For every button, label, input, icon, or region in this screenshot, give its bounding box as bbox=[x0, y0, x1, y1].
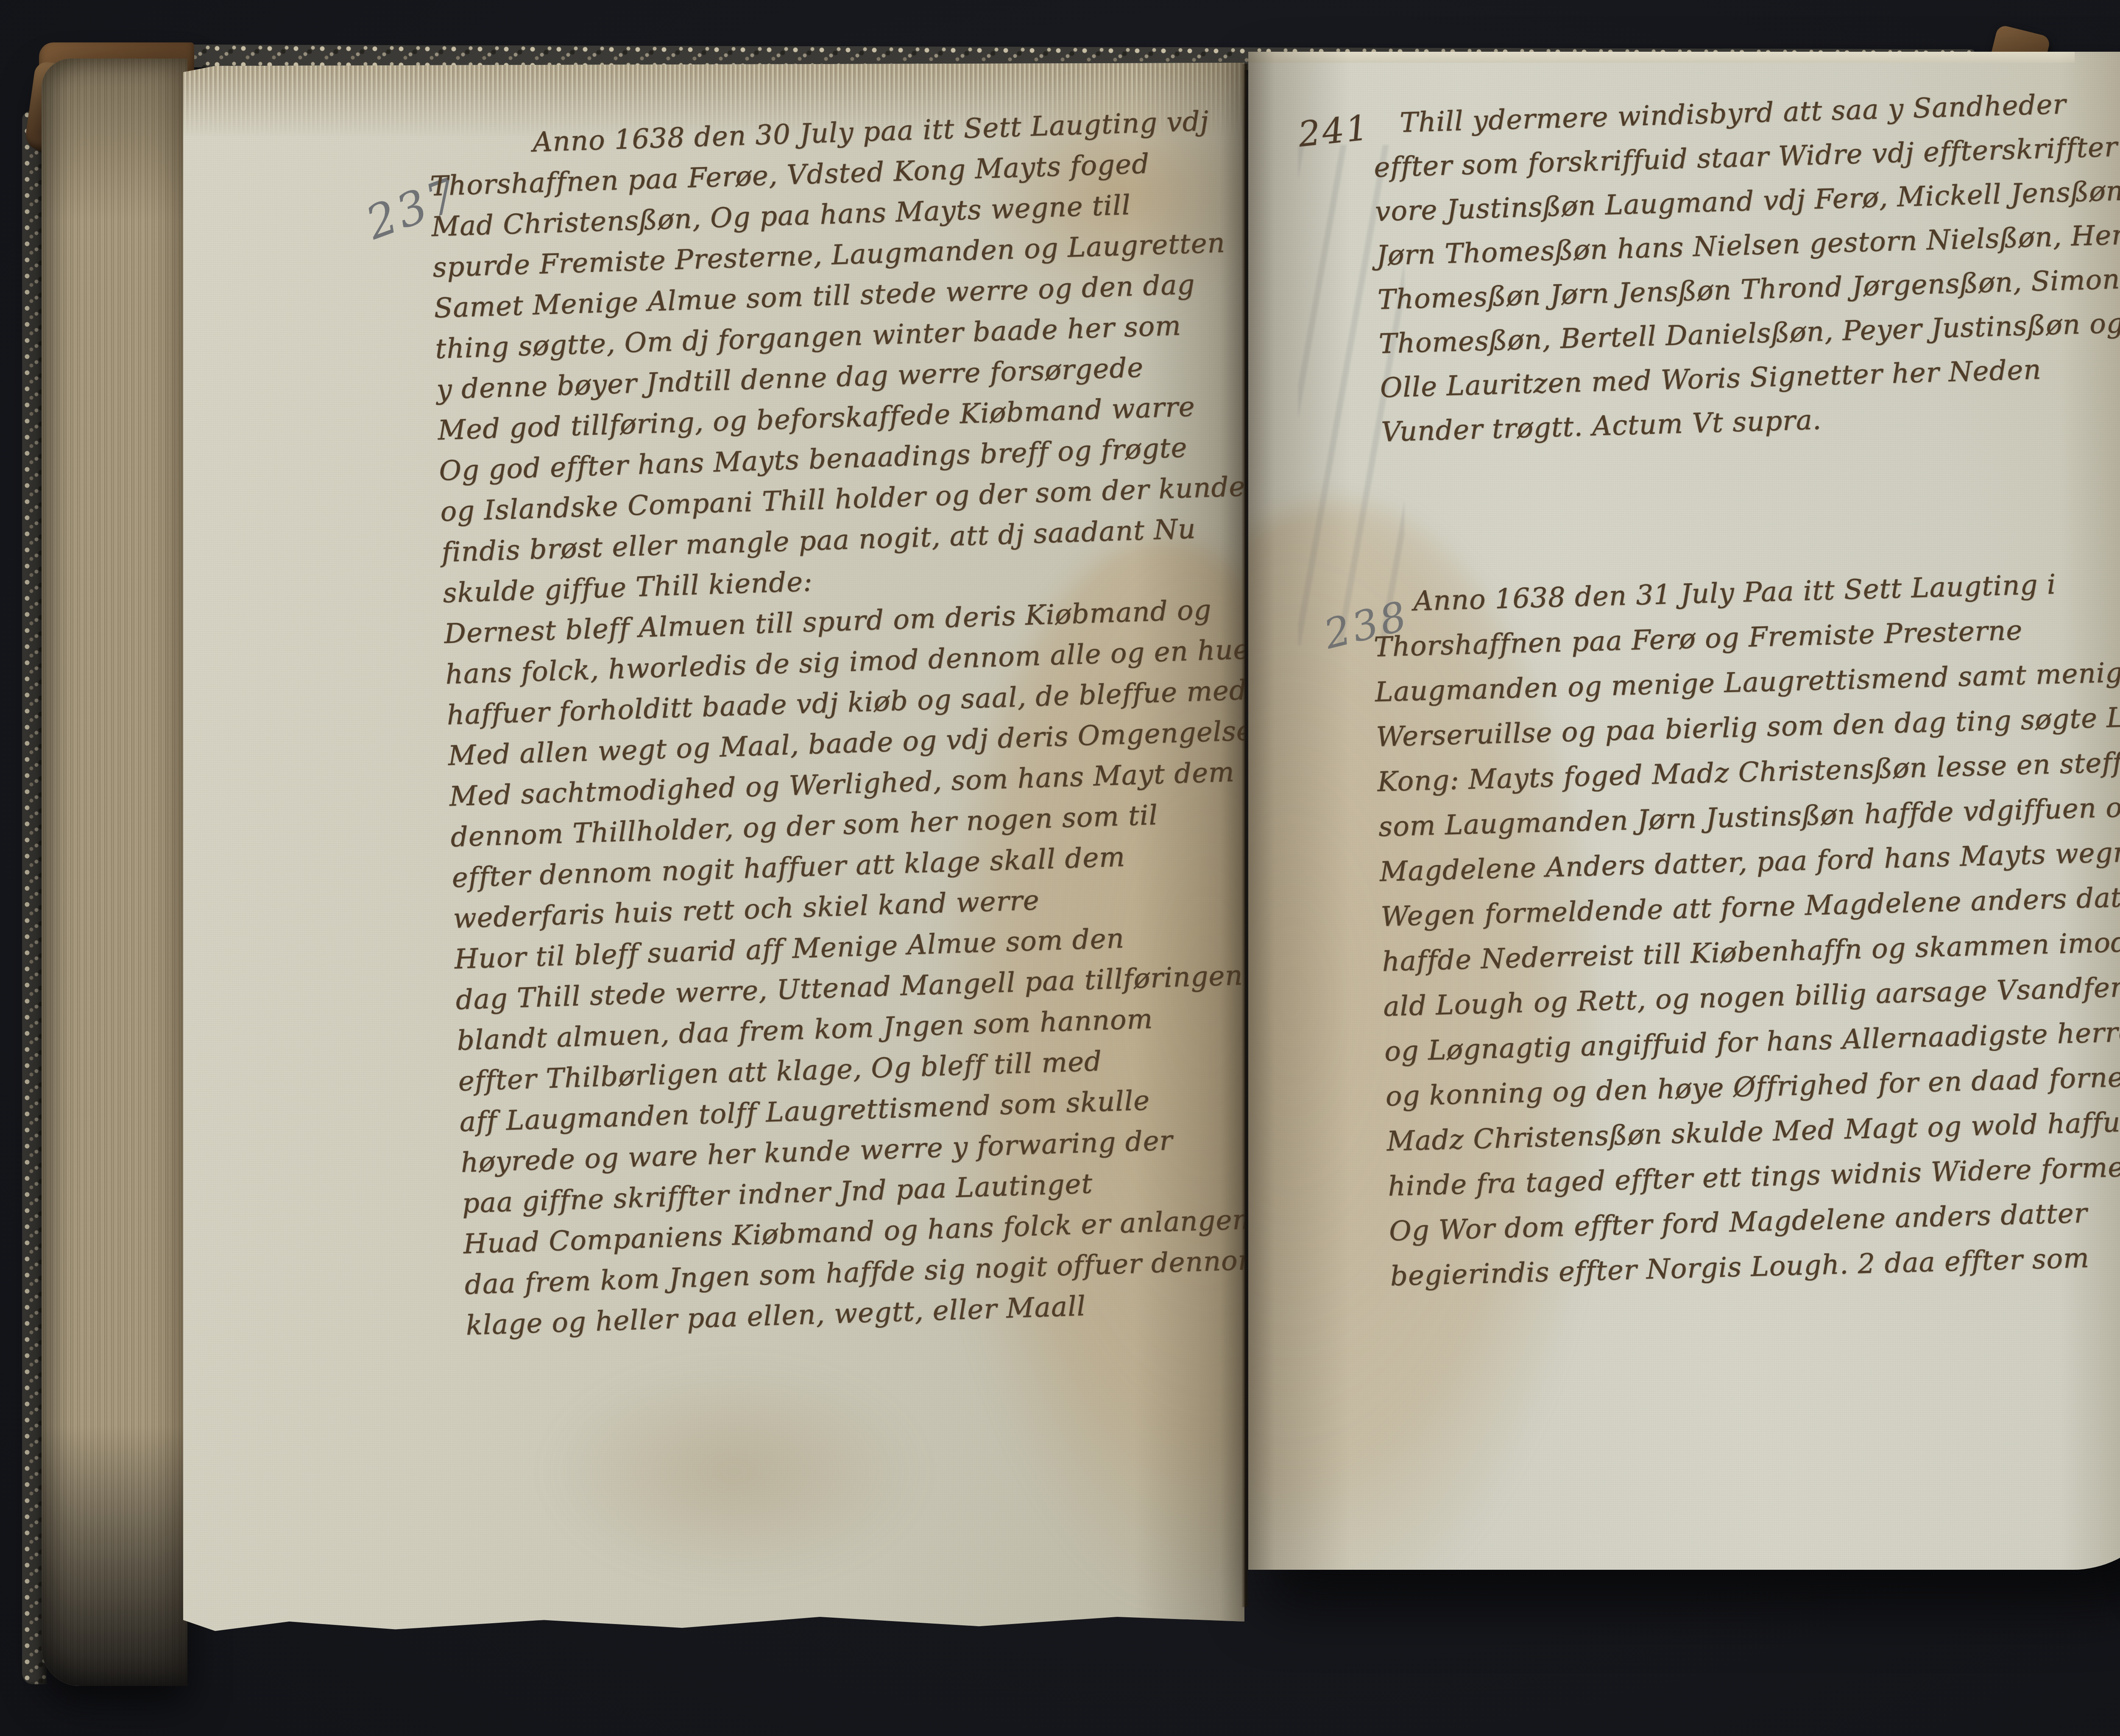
left-page-manuscript-text: Anno 1638 den 30 July paa itt Sett Laugt… bbox=[428, 98, 1244, 1346]
archival-book-photograph: 237 Anno 1638 den 30 July paa itt Sett L… bbox=[0, 0, 2120, 1736]
page-number-241-ink: 241 bbox=[1296, 107, 1372, 155]
right-page-entry-1-text: Thill ydermere windisbyrd att saa y Sand… bbox=[1372, 78, 2120, 454]
left-page: 237 Anno 1638 den 30 July paa itt Sett L… bbox=[183, 63, 1244, 1633]
right-page-entry-2-text: Anno 1638 den 31 July Paa itt Sett Laugt… bbox=[1372, 558, 2120, 1299]
water-stain-bottom bbox=[544, 1361, 925, 1582]
left-page-block-fore-edge bbox=[42, 59, 187, 1686]
gutter-shadow-right bbox=[1248, 52, 1350, 1570]
torn-top-edge bbox=[1248, 52, 2075, 63]
right-page: 241 238 Thill ydermere windisbyrd att sa… bbox=[1248, 52, 2120, 1570]
